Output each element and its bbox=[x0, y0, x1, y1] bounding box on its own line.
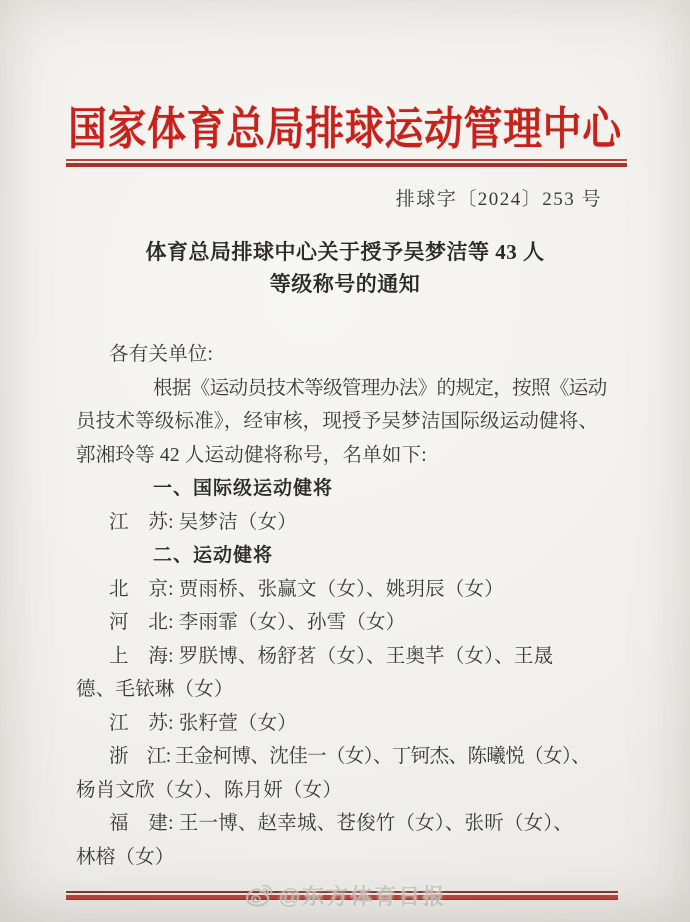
doc-line: 员技术等级标准》，经审核，现授予吴梦洁国际级运动健将、 bbox=[76, 405, 628, 439]
rule-thick bbox=[66, 163, 627, 167]
notice-title-line-1: 体育总局排球中心关于授予吴梦洁等 43 人 bbox=[0, 236, 690, 268]
body-lines: 各有关单位:根据《运动员技术等级管理办法》的规定，按照《运动员技术等级标准》，经… bbox=[76, 338, 628, 874]
watermark: @东方体育日报 bbox=[0, 880, 690, 911]
doc-line: 上 海: 罗朕博、杨舒茗（女）、王奥芊（女）、王晟 bbox=[76, 640, 628, 674]
doc-line: 福 建: 王一博、赵幸城、苍俊竹（女）、张昕（女）、 bbox=[76, 807, 628, 841]
letterhead-org-name: 国家体育总局排球运动管理中心 bbox=[0, 92, 690, 157]
section-heading: 一、国际级运动健将 bbox=[76, 472, 628, 506]
doc-line: 北 京: 贾雨桥、张赢文（女）、姚玥辰（女） bbox=[76, 573, 628, 607]
doc-line: 杨肖文欣（女）、陈月妍（女） bbox=[76, 774, 628, 808]
doc-line: 郭湘玲等 42 人运动健将称号，名单如下: bbox=[76, 439, 628, 473]
doc-line: 林榕（女） bbox=[76, 841, 628, 875]
watermark-handle: @东方体育日报 bbox=[279, 884, 446, 909]
section-heading: 二、运动健将 bbox=[76, 539, 628, 573]
doc-line: 江 苏: 吴梦洁（女） bbox=[76, 506, 628, 540]
notice-title-line-2: 等级称号的通知 bbox=[0, 268, 690, 300]
weibo-icon bbox=[244, 883, 274, 910]
doc-line: 河 北: 李雨霏（女）、孙雪（女） bbox=[76, 606, 628, 640]
salutation: 各有关单位: bbox=[76, 338, 628, 372]
letterhead-org-name-text: 国家体育总局排球运动管理中心 bbox=[68, 92, 622, 157]
letterhead-double-rule bbox=[66, 159, 627, 167]
doc-line: 德、毛铱琳（女） bbox=[76, 673, 628, 707]
doc-line: 根据《运动员技术等级管理办法》的规定，按照《运动 bbox=[76, 372, 628, 406]
doc-line: 江 苏: 张籽萱（女） bbox=[76, 707, 628, 741]
document-number: 排球字〔2024〕253 号 bbox=[396, 184, 602, 211]
doc-line: 浙 江: 王金柯博、沈佳一（女）、丁钶杰、陈曦悦（女）、 bbox=[76, 740, 628, 774]
document-page: 国家体育总局排球运动管理中心 排球字〔2024〕253 号 体育总局排球中心关于… bbox=[0, 0, 690, 922]
notice-title: 体育总局排球中心关于授予吴梦洁等 43 人 等级称号的通知 bbox=[0, 236, 690, 300]
